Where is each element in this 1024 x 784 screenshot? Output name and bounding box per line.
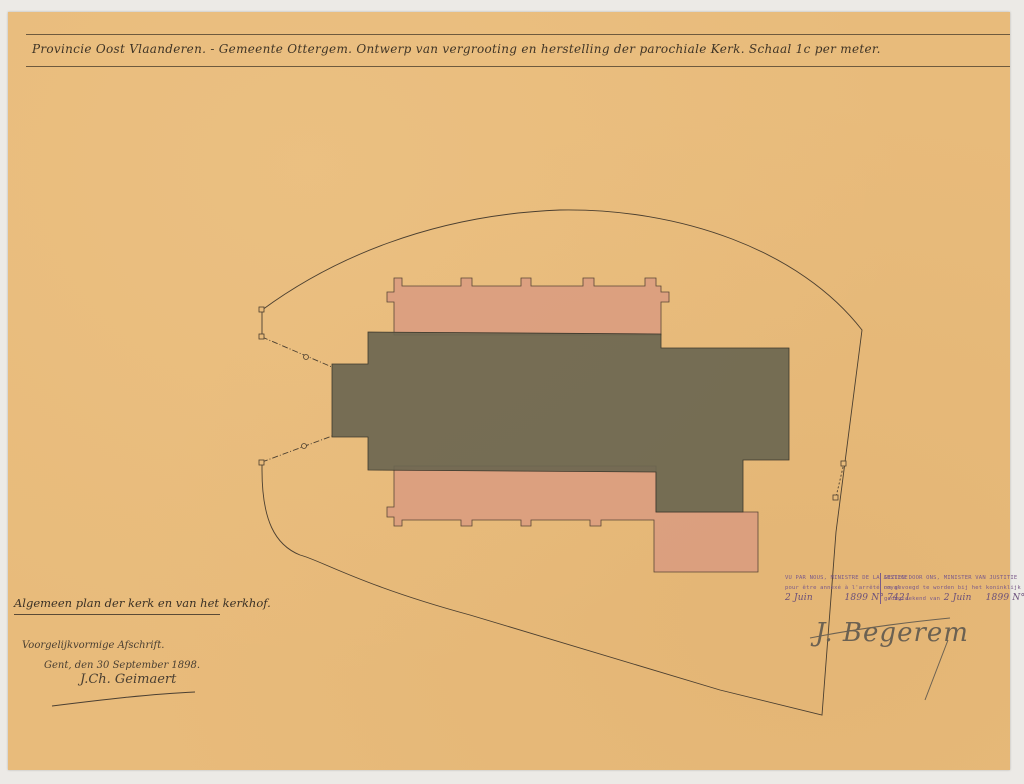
stamp-ministry-justice-nl: GEZIEN DOOR ONS, MINISTER VAN JUSTITIE o… [880, 573, 1024, 604]
signature-underline [50, 690, 200, 710]
stamp-nl-line1: GEZIEN DOOR ONS, MINISTER VAN JUSTITIE [884, 573, 1024, 583]
place-date-note: Gent, den 30 September 1898. [44, 660, 200, 671]
stamp-nl-prefix: gedagteekend van [884, 596, 940, 602]
stamp-nl-date: 2 Juin [944, 593, 972, 603]
stamp-nl-line2: om gevoegd te worden bij het koninklijk … [884, 583, 1024, 593]
stamp-nl-number: 1899 N° 7423 [986, 593, 1024, 603]
certified-copy-note: Voorgelijkvormige Afschrift. [22, 640, 164, 651]
minister-signature-flourish [800, 610, 960, 705]
plan-caption: Algemeen plan der kerk en van het kerkho… [14, 596, 220, 615]
architect-signature: J.Ch. Geimaert [80, 672, 176, 687]
stamp-fr-date: 2 Juin [785, 593, 813, 603]
